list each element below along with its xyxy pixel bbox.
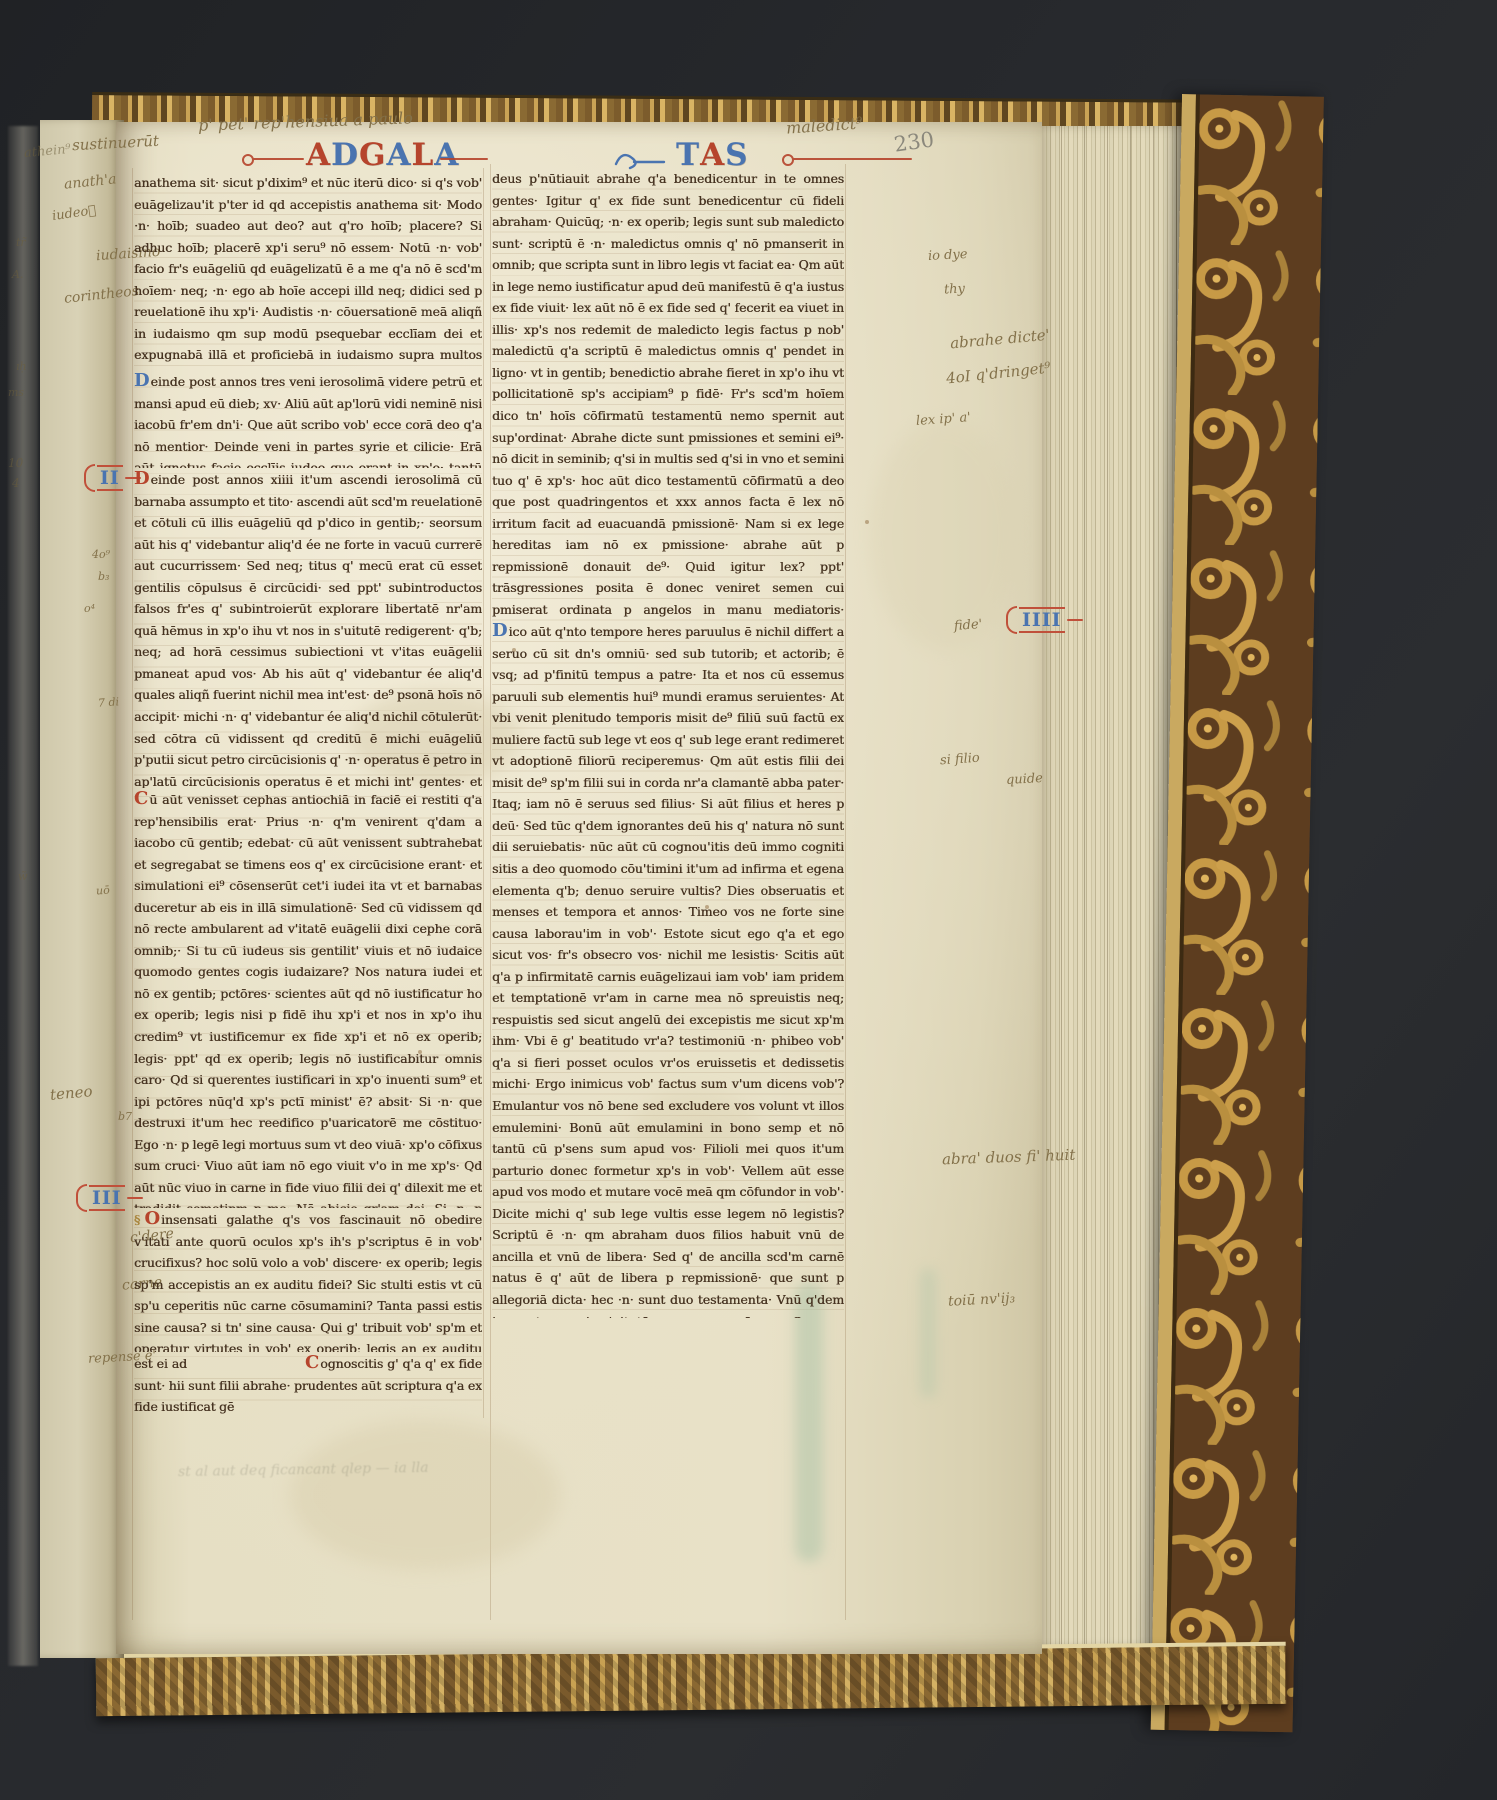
- gloss-note: si filio: [940, 751, 981, 769]
- gloss-note: o⁴: [84, 602, 95, 615]
- chapter-mark-iii: III: [76, 1184, 143, 1212]
- gloss-note: A.: [12, 268, 23, 281]
- text-block-b7: deus p'nūtiauit abrahe q'a benedicentur …: [492, 168, 844, 620]
- header-letter: A: [434, 140, 459, 170]
- header-letter: A: [306, 140, 331, 170]
- chapter-numeral: III: [89, 1185, 125, 1211]
- chapter-flourish: [1067, 619, 1083, 621]
- gloss-note: 4o⁹: [92, 548, 110, 561]
- gothic-text: ū aūt venisset cephas antiochiā in faciē…: [134, 792, 482, 1208]
- ruling-line: [490, 164, 491, 1620]
- green-offset-stain: [795, 1282, 823, 1562]
- page-clamp-strip: [8, 126, 38, 1666]
- facing-page-sliver: [40, 120, 124, 1658]
- header-letter: S: [725, 140, 748, 170]
- text-block-b1: anathema sit· sicut p'dixim⁹ et nūc iter…: [134, 172, 482, 370]
- gloss-note: b7: [118, 1110, 132, 1123]
- rubricated-initial: C: [305, 1352, 320, 1373]
- text-block-b3: Deinde post annos xiiii it'um ascendi ie…: [134, 468, 482, 788]
- gothic-text: insensati galathe q's vos fascinauit nō …: [134, 1212, 482, 1352]
- gloss-note: tr̃: [16, 236, 26, 249]
- gothic-text: ico aūt q'nto tempore heres paruulus ē n…: [492, 624, 844, 1318]
- text-block-b6: est ei adCognoscitis g' q'a q' ex fide s…: [134, 1352, 482, 1418]
- verse-lead: est ei ad: [134, 1356, 187, 1371]
- chapter-numeral: II: [97, 465, 123, 491]
- header-letter: A: [700, 140, 725, 170]
- ruling-line: [483, 168, 484, 1418]
- parchment-stain: [290, 1420, 560, 1570]
- header-letter: G: [359, 140, 386, 170]
- fox-spot: [865, 520, 869, 524]
- ruling-line: [132, 168, 133, 1620]
- text-block-b2: Deinde post annos tres veni ierosolimā v…: [134, 370, 482, 468]
- header-letter: T: [676, 140, 700, 170]
- gothic-text: einde post annos tres veni ierosolimā vi…: [134, 374, 482, 468]
- gloss-note: 4: [12, 476, 20, 490]
- header-letter: L: [412, 140, 435, 170]
- rubricated-initial: C: [134, 788, 149, 809]
- text-block-b5: §Oinsensati galathe q's vos fascinauit n…: [134, 1208, 482, 1352]
- text-block-b8: Dico aūt q'nto tempore heres paruulus ē …: [492, 620, 844, 1318]
- running-header-group: ADGALA: [306, 140, 459, 170]
- rubricated-initial: D: [492, 620, 509, 641]
- gothic-text: einde post annos xiiii it'um ascendi ier…: [134, 472, 482, 788]
- gloss-note: quide: [1006, 771, 1044, 788]
- chapter-flourish: [84, 464, 95, 492]
- text-block-b4: Cū aūt venisset cephas antiochiā in faci…: [134, 788, 482, 1208]
- parchment-stain: [870, 420, 1020, 650]
- chapter-mark-ii: II: [84, 464, 141, 492]
- gloss-note: io dye: [928, 247, 968, 264]
- gloss-note: uō: [96, 884, 111, 898]
- gloss-note: b₃: [98, 570, 109, 583]
- rubricated-initial: D: [134, 370, 151, 391]
- rubricated-initial: O: [144, 1208, 161, 1229]
- gloss-note: w̃: [18, 870, 27, 883]
- chapter-mark-iiii: IIII: [1006, 606, 1083, 634]
- gloss-note: thy: [944, 281, 966, 297]
- header-letter: A: [386, 140, 411, 170]
- gloss-note: fide': [954, 617, 983, 634]
- rubricated-initial: D: [134, 468, 151, 489]
- chapter-flourish: [1006, 606, 1017, 634]
- running-header-group: TAS: [676, 140, 749, 170]
- gothic-text: anathema sit· sicut p'dixim⁹ et nūc iter…: [134, 175, 482, 370]
- gloss-note: ms: [8, 386, 24, 399]
- header-letter: D: [331, 140, 359, 170]
- gloss-note: teneo: [49, 1082, 93, 1104]
- gloss-note: 7 di: [98, 695, 120, 709]
- ruling-line: [845, 164, 846, 1620]
- chapter-numeral: IIII: [1019, 607, 1065, 633]
- leather-board-edge: [1151, 94, 1324, 1732]
- gloss-note: ıḥ: [16, 360, 27, 373]
- gloss-note: 10: [8, 456, 23, 470]
- green-offset-stain: [920, 1268, 936, 1398]
- gothic-text: deus p'nūtiauit abrahe q'a benedicentur …: [492, 171, 844, 620]
- chapter-flourish: [76, 1184, 87, 1212]
- paraph-mark: §: [134, 1212, 140, 1227]
- manuscript-photo: ADGALATAS 230 sustinuerūtp' pet' rep'hen…: [0, 0, 1497, 1800]
